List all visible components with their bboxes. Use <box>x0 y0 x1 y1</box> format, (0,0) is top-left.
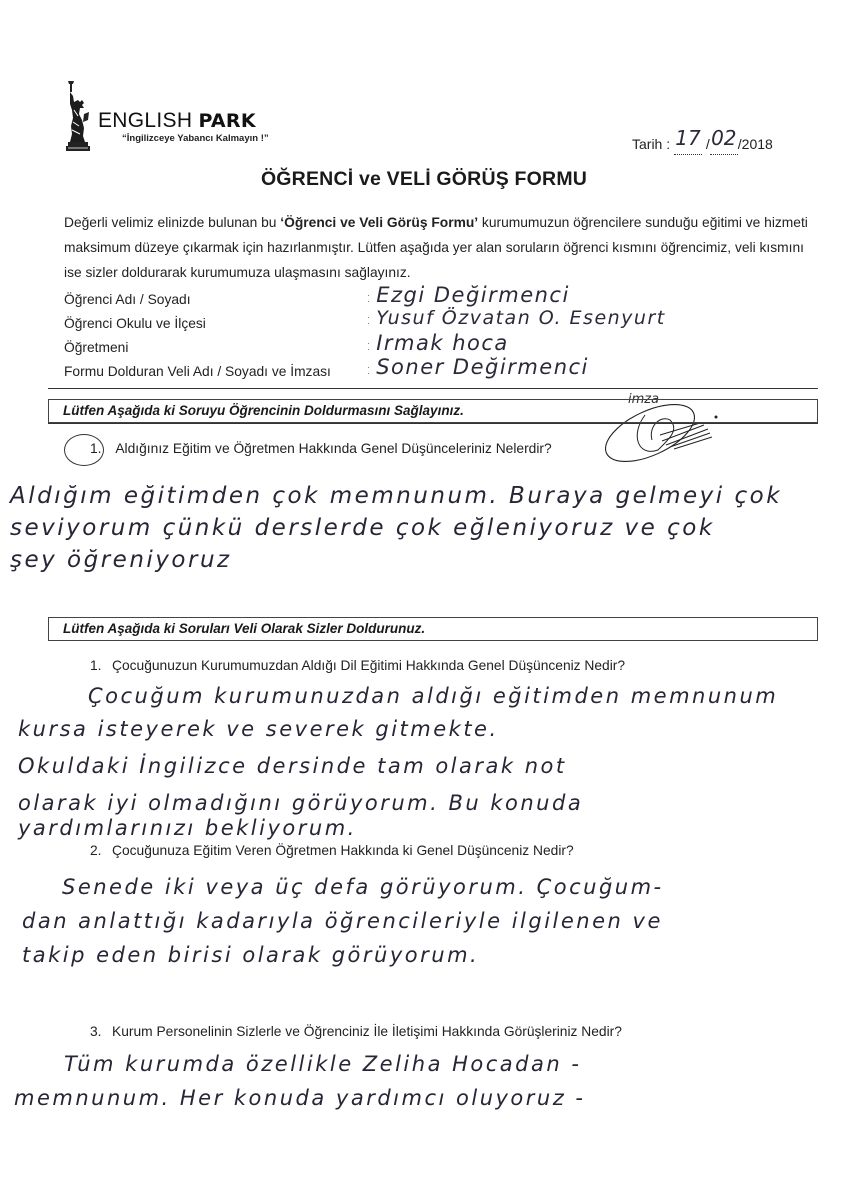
student-answer-1[interactable]: Aldığım eğitimden çok memnunum. Buraya g… <box>10 480 830 576</box>
student-school-label: Öğrenci Okulu ve İlçesi <box>64 316 206 331</box>
date-field: Tarih : 17 /02/2018 <box>632 130 773 155</box>
student-school-field[interactable]: :Yusuf Özvatan O. Esenyurt <box>366 307 666 329</box>
parent-question-3: 3.Kurum Personelinin Sizlerle ve Öğrenci… <box>90 1024 622 1039</box>
student-name-label: Öğrenci Adı / Soyadı <box>64 292 191 307</box>
divider <box>48 388 818 389</box>
statue-of-liberty-icon <box>62 80 96 152</box>
parent-question-1: 1.Çocuğunuzun Kurumumuzdan Aldığı Dil Eğ… <box>90 658 625 673</box>
date-year: /2018 <box>738 136 773 152</box>
logo: ENGLISH PARK “İngilizceye Yabancı Kalmay… <box>62 80 292 150</box>
date-month[interactable]: 02 <box>710 130 738 155</box>
parent-answer-1[interactable]: Çocuğum kurumunuzdan aldığı eğitimden me… <box>18 680 838 845</box>
divider <box>48 423 818 424</box>
page-title: ÖĞRENCİ ve VELİ GÖRÜŞ FORMU <box>0 168 848 191</box>
parent-answer-2[interactable]: Senede iki veya üç defa görüyorum. Çocuğ… <box>22 870 842 972</box>
student-name-field[interactable]: :Ezgi Değirmenci <box>366 283 570 307</box>
date-day[interactable]: 17 <box>674 130 702 155</box>
teacher-label: Öğretmeni <box>64 340 128 355</box>
parent-name-field[interactable]: :Soner Değirmenci <box>366 355 589 379</box>
parent-name-label: Formu Dolduran Veli Adı / Soyadı ve İmza… <box>64 364 331 379</box>
student-question-1: 1. Aldığınız Eğitim ve Öğretmen Hakkında… <box>90 441 552 456</box>
parent-answer-3[interactable]: Tüm kurumda özellikle Zeliha Hocadan - m… <box>14 1047 844 1115</box>
date-label: Tarih : <box>632 136 670 152</box>
brand-name: ENGLISH PARK <box>98 109 256 133</box>
parent-question-2: 2.Çocuğunuza Eğitim Veren Öğretmen Hakkı… <box>90 843 574 858</box>
student-section-header: Lütfen Aşağıda ki Soruyu Öğrencinin Dold… <box>48 399 818 423</box>
teacher-field[interactable]: :Irmak hoca <box>366 331 509 355</box>
intro-paragraph: Değerli velimiz elinizde bulunan bu ‘Öğr… <box>64 210 824 285</box>
slogan: “İngilizceye Yabancı Kalmayın !” <box>122 133 269 144</box>
parent-section-header: Lütfen Aşağıda ki Soruları Veli Olarak S… <box>48 617 818 641</box>
